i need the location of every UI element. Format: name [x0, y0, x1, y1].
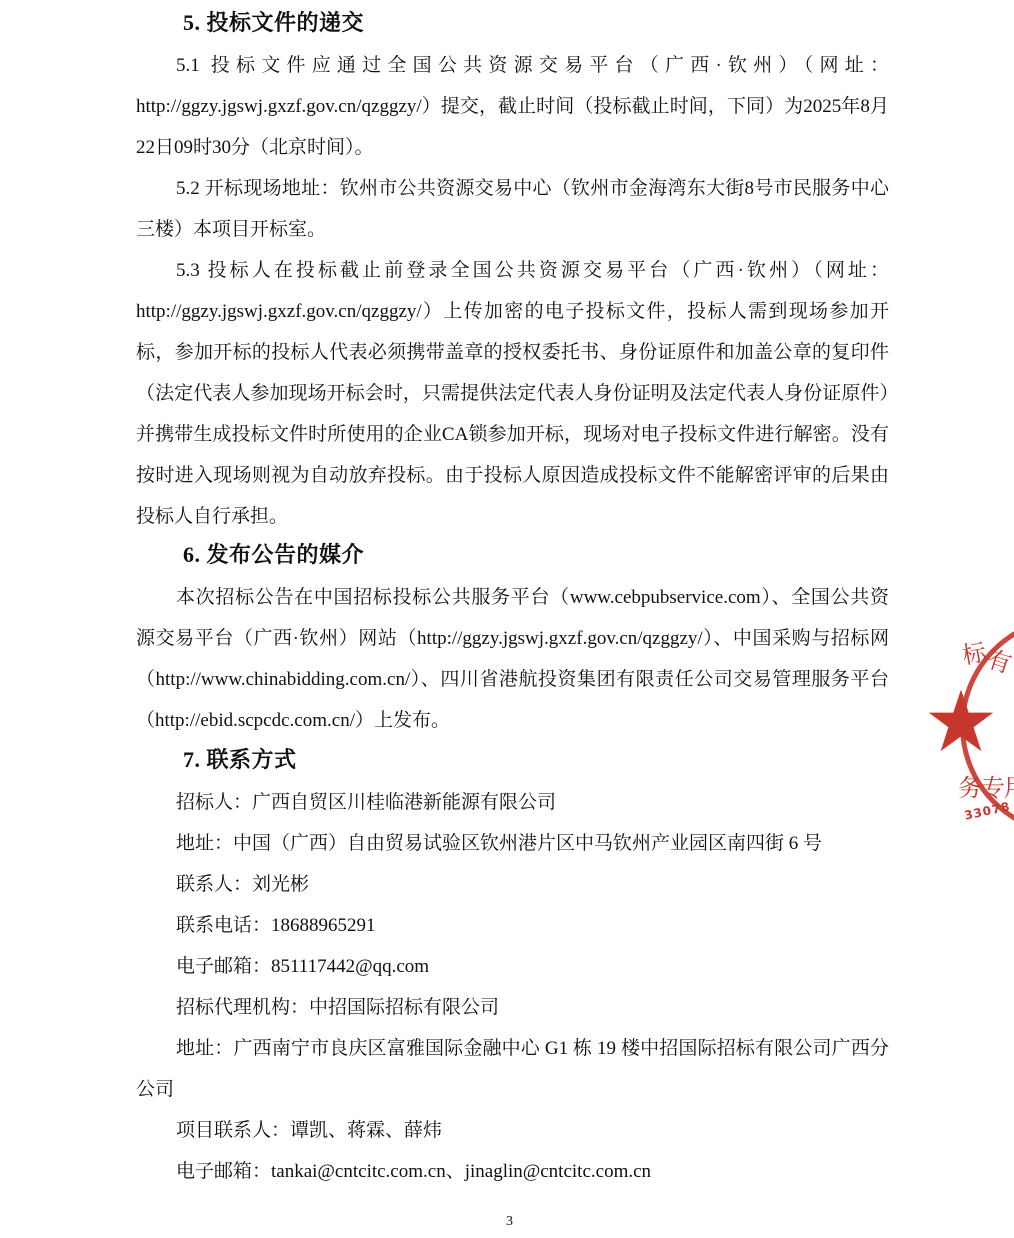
paragraph-5-1: 5.1 投标文件应通过全国公共资源交易平台（广西·钦州）（网址：http://g… [136, 45, 889, 168]
paragraph-5-2: 5.2 开标现场地址：钦州市公共资源交易中心（钦州市金海湾东大街8号市民服务中心… [136, 168, 889, 250]
contact-agency: 招标代理机构：中招国际招标有限公司 [176, 987, 499, 1028]
contact-tenderer: 招标人：广西自贸区川桂临港新能源有限公司 [176, 782, 556, 823]
seal-star-icon [926, 686, 996, 756]
section-heading-5: 5. 投标文件的递交 [183, 10, 364, 36]
contact-email: 电子邮箱：851117442@qq.com [176, 946, 429, 987]
contact-agency-address: 地址：广西南宁市良庆区富雅国际金融中心 G1 栋 19 楼中招国际招标有限公司广… [136, 1028, 889, 1110]
contact-tenderer-address: 地址：中国（广西）自由贸易试验区钦州港片区中马钦州产业园区南四街 6 号 [176, 823, 822, 864]
paragraph-5-3: 5.3 投标人在投标截止前登录全国公共资源交易平台（广西·钦州）（网址：http… [136, 250, 889, 537]
document-page: 5. 投标文件的递交 5.1 投标文件应通过全国公共资源交易平台（广西·钦州）（… [0, 0, 1014, 1238]
contact-agency-email: 电子邮箱：tankai@cntcitc.com.cn、jinaglin@cntc… [176, 1151, 651, 1192]
section-heading-7: 7. 联系方式 [183, 747, 297, 773]
paragraph-6-media: 本次招标公告在中国招标投标公共服务平台（www.cebpubservice.co… [136, 577, 889, 741]
section-heading-6: 6. 发布公告的媒介 [183, 542, 364, 568]
seal-text-middle: 务专用 [958, 768, 1014, 803]
contact-phone: 联系电话：18688965291 [176, 905, 376, 946]
page-number: 3 [506, 1212, 513, 1232]
contact-project-persons: 项目联系人：谭凯、蒋霖、薛炜 [176, 1110, 442, 1151]
contact-person: 联系人：刘光彬 [176, 864, 309, 905]
